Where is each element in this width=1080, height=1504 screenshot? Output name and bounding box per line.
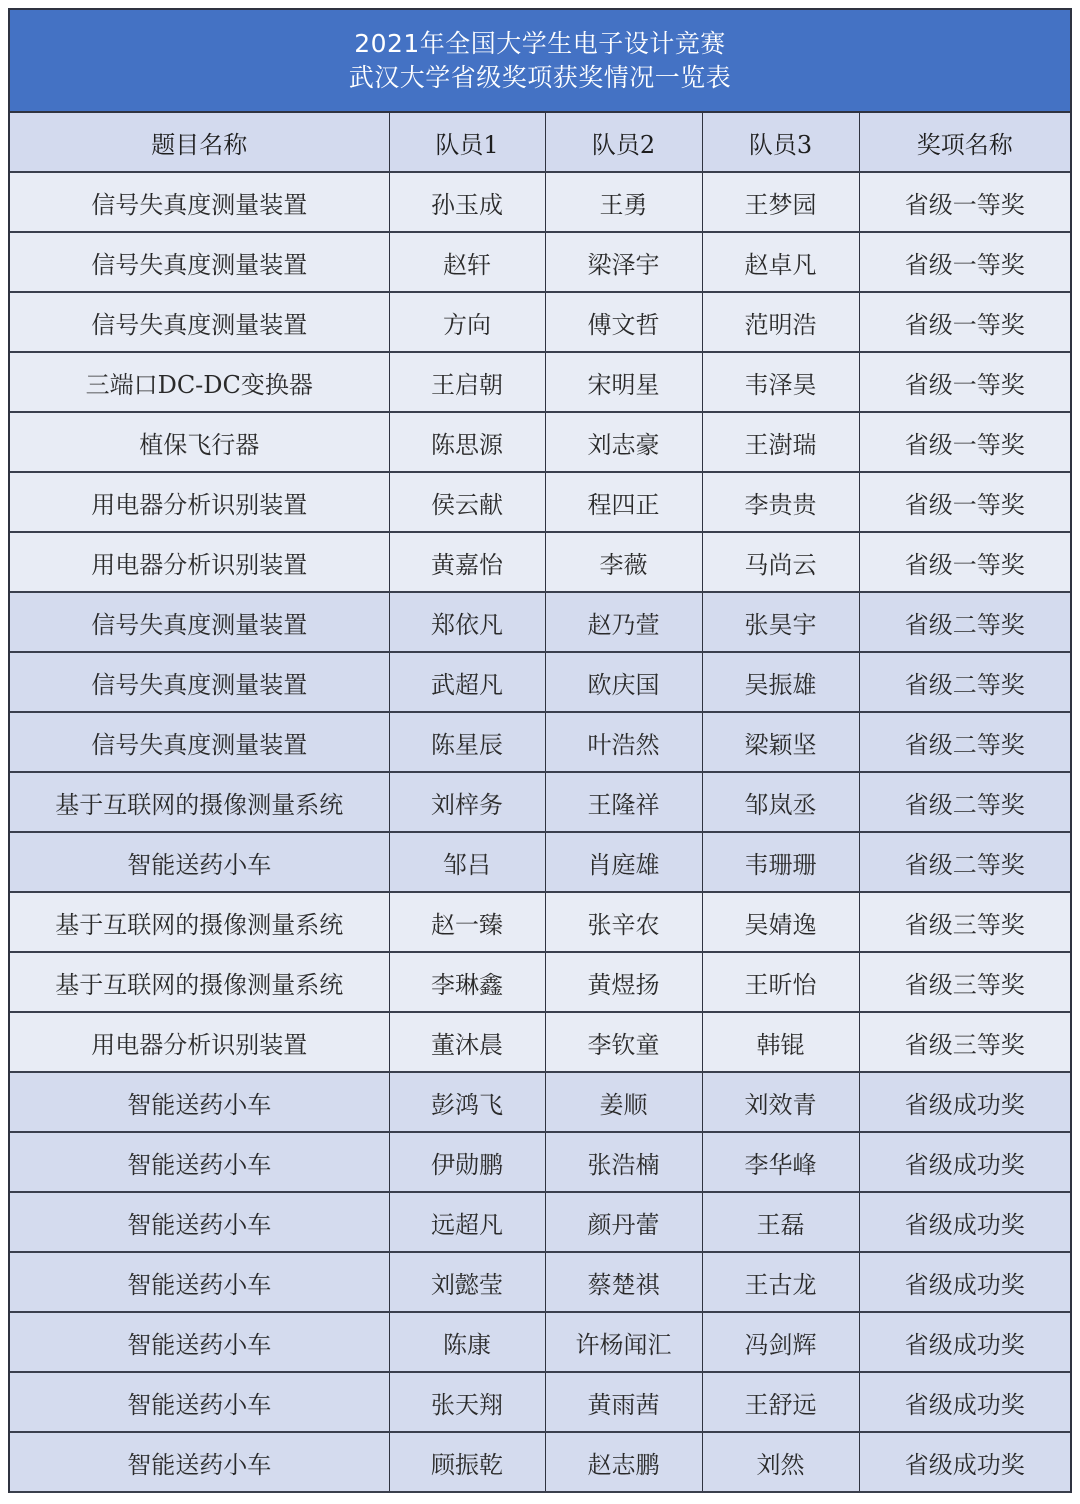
cell-member-2: 梁泽宇 [545,232,702,292]
cell-member-3: 王澍瑞 [702,412,859,472]
cell-topic: 智能送药小车 [10,832,389,892]
table-row: 智能送药小车陈康许杨闻汇冯剑辉省级成功奖 [10,1312,1070,1372]
header-row: 题目名称 队员1 队员2 队员3 奖项名称 [10,113,1070,172]
title-banner: 2021年全国大学生电子设计竞赛 武汉大学省级奖项获奖情况一览表 [10,10,1070,113]
header-member-2: 队员2 [545,113,702,172]
cell-topic: 基于互联网的摄像测量系统 [10,772,389,832]
table-row: 智能送药小车刘懿莹蔡楚祺王古龙省级成功奖 [10,1252,1070,1312]
cell-member-1: 邹吕 [389,832,545,892]
cell-member-2: 蔡楚祺 [545,1252,702,1312]
cell-member-3: 范明浩 [702,292,859,352]
cell-member-1: 侯云献 [389,472,545,532]
cell-award: 省级一等奖 [859,172,1070,232]
table-row: 信号失真度测量装置郑依凡赵乃萱张昊宇省级二等奖 [10,592,1070,652]
cell-award: 省级成功奖 [859,1312,1070,1372]
cell-topic: 信号失真度测量装置 [10,712,389,772]
cell-member-2: 姜顺 [545,1072,702,1132]
cell-member-2: 王勇 [545,172,702,232]
cell-topic: 信号失真度测量装置 [10,232,389,292]
cell-award: 省级二等奖 [859,592,1070,652]
cell-award: 省级成功奖 [859,1072,1070,1132]
cell-member-2: 宋明星 [545,352,702,412]
cell-member-1: 远超凡 [389,1192,545,1252]
cell-topic: 智能送药小车 [10,1132,389,1192]
table-row: 基于互联网的摄像测量系统李琳鑫黄煜扬王昕怡省级三等奖 [10,952,1070,1012]
table-row: 信号失真度测量装置武超凡欧庆国吴振雄省级二等奖 [10,652,1070,712]
table-row: 信号失真度测量装置孙玉成王勇王梦园省级一等奖 [10,172,1070,232]
awards-table: 题目名称 队员1 队员2 队员3 奖项名称 信号失真度测量装置孙玉成王勇王梦园省… [10,113,1070,1493]
table-row: 基于互联网的摄像测量系统刘梓务王隆祥邹岚丞省级二等奖 [10,772,1070,832]
cell-member-3: 韦泽昊 [702,352,859,412]
cell-member-1: 董沐晨 [389,1012,545,1072]
table-row: 用电器分析识别装置侯云献程四正李贵贵省级一等奖 [10,472,1070,532]
cell-member-3: 赵卓凡 [702,232,859,292]
table-row: 用电器分析识别装置董沐晨李钦童韩锟省级三等奖 [10,1012,1070,1072]
cell-member-3: 马尚云 [702,532,859,592]
table-row: 植保飞行器陈思源刘志豪王澍瑞省级一等奖 [10,412,1070,472]
cell-member-1: 彭鸿飞 [389,1072,545,1132]
table-row: 智能送药小车远超凡颜丹蕾王磊省级成功奖 [10,1192,1070,1252]
table-row: 用电器分析识别装置黄嘉怡李薇马尚云省级一等奖 [10,532,1070,592]
cell-member-3: 王舒远 [702,1372,859,1432]
cell-topic: 用电器分析识别装置 [10,1012,389,1072]
cell-member-3: 张昊宇 [702,592,859,652]
cell-member-1: 张天翔 [389,1372,545,1432]
cell-member-1: 陈星辰 [389,712,545,772]
table-row: 智能送药小车彭鸿飞姜顺刘效青省级成功奖 [10,1072,1070,1132]
cell-member-1: 赵轩 [389,232,545,292]
cell-member-2: 欧庆国 [545,652,702,712]
table-row: 智能送药小车伊勋鹏张浩楠李华峰省级成功奖 [10,1132,1070,1192]
cell-award: 省级成功奖 [859,1192,1070,1252]
cell-member-3: 韦珊珊 [702,832,859,892]
cell-award: 省级三等奖 [859,892,1070,952]
cell-member-3: 王昕怡 [702,952,859,1012]
cell-topic: 三端口DC-DC变换器 [10,352,389,412]
cell-topic: 智能送药小车 [10,1252,389,1312]
cell-member-2: 黄煜扬 [545,952,702,1012]
cell-member-2: 张辛农 [545,892,702,952]
cell-member-1: 赵一臻 [389,892,545,952]
table-row: 信号失真度测量装置陈星辰叶浩然梁颖坚省级二等奖 [10,712,1070,772]
cell-member-2: 黄雨茜 [545,1372,702,1432]
cell-award: 省级一等奖 [859,532,1070,592]
cell-award: 省级二等奖 [859,772,1070,832]
table-row: 信号失真度测量装置方向傅文哲范明浩省级一等奖 [10,292,1070,352]
table-row: 智能送药小车顾振乾赵志鹏刘然省级成功奖 [10,1432,1070,1492]
title-line-2: 武汉大学省级奖项获奖情况一览表 [349,61,732,95]
cell-member-2: 傅文哲 [545,292,702,352]
title-line-1: 2021年全国大学生电子设计竞赛 [354,27,726,61]
cell-member-1: 王启朝 [389,352,545,412]
cell-topic: 植保飞行器 [10,412,389,472]
cell-award: 省级成功奖 [859,1432,1070,1492]
cell-member-3: 王梦园 [702,172,859,232]
header-award: 奖项名称 [859,113,1070,172]
cell-member-2: 赵乃萱 [545,592,702,652]
awards-sheet: 2021年全国大学生电子设计竞赛 武汉大学省级奖项获奖情况一览表 题目名称 队员… [8,8,1072,1493]
cell-member-3: 王磊 [702,1192,859,1252]
cell-member-2: 李薇 [545,532,702,592]
cell-topic: 信号失真度测量装置 [10,592,389,652]
cell-member-3: 刘然 [702,1432,859,1492]
cell-member-1: 刘懿莹 [389,1252,545,1312]
cell-member-1: 陈思源 [389,412,545,472]
cell-member-2: 许杨闻汇 [545,1312,702,1372]
cell-member-2: 颜丹蕾 [545,1192,702,1252]
cell-award: 省级一等奖 [859,232,1070,292]
cell-award: 省级一等奖 [859,352,1070,412]
cell-topic: 基于互联网的摄像测量系统 [10,892,389,952]
cell-award: 省级三等奖 [859,1012,1070,1072]
cell-topic: 智能送药小车 [10,1192,389,1252]
cell-member-2: 肖庭雄 [545,832,702,892]
cell-award: 省级成功奖 [859,1372,1070,1432]
cell-member-3: 王古龙 [702,1252,859,1312]
cell-topic: 智能送药小车 [10,1372,389,1432]
table-row: 三端口DC-DC变换器王启朝宋明星韦泽昊省级一等奖 [10,352,1070,412]
cell-topic: 信号失真度测量装置 [10,172,389,232]
cell-topic: 信号失真度测量装置 [10,652,389,712]
cell-award: 省级成功奖 [859,1132,1070,1192]
cell-member-1: 武超凡 [389,652,545,712]
cell-member-1: 刘梓务 [389,772,545,832]
cell-member-3: 李贵贵 [702,472,859,532]
cell-member-3: 刘效青 [702,1072,859,1132]
table-body: 信号失真度测量装置孙玉成王勇王梦园省级一等奖信号失真度测量装置赵轩梁泽宇赵卓凡省… [10,172,1070,1492]
header-member-3: 队员3 [702,113,859,172]
cell-award: 省级一等奖 [859,472,1070,532]
cell-topic: 智能送药小车 [10,1072,389,1132]
cell-topic: 用电器分析识别装置 [10,532,389,592]
table-row: 智能送药小车张天翔黄雨茜王舒远省级成功奖 [10,1372,1070,1432]
table-row: 基于互联网的摄像测量系统赵一臻张辛农吴婧逸省级三等奖 [10,892,1070,952]
cell-member-2: 程四正 [545,472,702,532]
cell-member-1: 李琳鑫 [389,952,545,1012]
cell-member-1: 陈康 [389,1312,545,1372]
cell-award: 省级二等奖 [859,712,1070,772]
cell-member-3: 韩锟 [702,1012,859,1072]
cell-member-2: 王隆祥 [545,772,702,832]
cell-member-1: 黄嘉怡 [389,532,545,592]
cell-topic: 信号失真度测量装置 [10,292,389,352]
cell-topic: 智能送药小车 [10,1432,389,1492]
cell-award: 省级一等奖 [859,292,1070,352]
table-row: 信号失真度测量装置赵轩梁泽宇赵卓凡省级一等奖 [10,232,1070,292]
cell-member-1: 方向 [389,292,545,352]
cell-member-2: 李钦童 [545,1012,702,1072]
cell-member-1: 顾振乾 [389,1432,545,1492]
cell-member-1: 孙玉成 [389,172,545,232]
cell-member-2: 叶浩然 [545,712,702,772]
cell-member-2: 张浩楠 [545,1132,702,1192]
cell-member-3: 冯剑辉 [702,1312,859,1372]
cell-member-3: 吴婧逸 [702,892,859,952]
cell-member-2: 赵志鹏 [545,1432,702,1492]
header-member-1: 队员1 [389,113,545,172]
table-row: 智能送药小车邹吕肖庭雄韦珊珊省级二等奖 [10,832,1070,892]
cell-topic: 用电器分析识别装置 [10,472,389,532]
cell-member-2: 刘志豪 [545,412,702,472]
cell-topic: 基于互联网的摄像测量系统 [10,952,389,1012]
cell-member-3: 吴振雄 [702,652,859,712]
cell-member-1: 伊勋鹏 [389,1132,545,1192]
cell-member-3: 梁颖坚 [702,712,859,772]
cell-member-3: 邹岚丞 [702,772,859,832]
cell-award: 省级二等奖 [859,832,1070,892]
cell-topic: 智能送药小车 [10,1312,389,1372]
cell-award: 省级一等奖 [859,412,1070,472]
cell-award: 省级二等奖 [859,652,1070,712]
cell-award: 省级成功奖 [859,1252,1070,1312]
cell-member-3: 李华峰 [702,1132,859,1192]
cell-member-1: 郑依凡 [389,592,545,652]
cell-award: 省级三等奖 [859,952,1070,1012]
header-topic: 题目名称 [10,113,389,172]
